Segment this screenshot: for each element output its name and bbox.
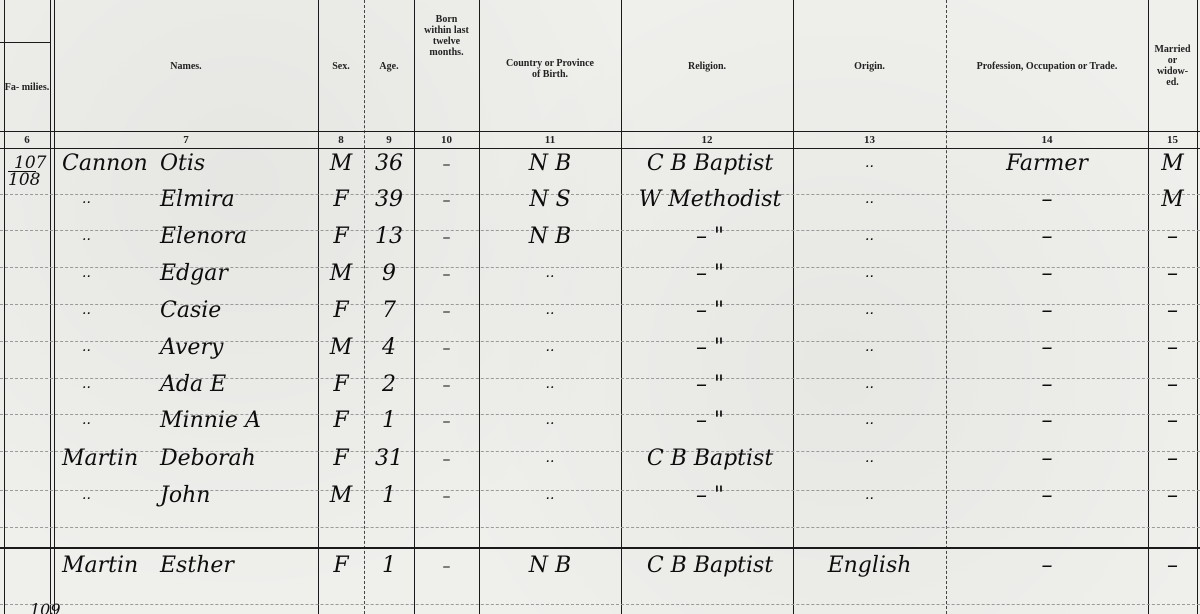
family-number: 107 108: [4, 155, 50, 188]
cell-surname: Cannon: [62, 145, 162, 181]
cell-born-12mo: –: [414, 292, 479, 328]
header-occupation: Profession, Occupation or Trade.: [946, 0, 1148, 132]
cell-given: Esther: [160, 547, 315, 583]
cell-birth: ..: [479, 440, 621, 476]
cell-occupation: –: [946, 181, 1148, 217]
cell-occupation: –: [946, 218, 1148, 254]
cell-birth: N B: [479, 547, 621, 583]
cell-given: Edgar: [160, 255, 315, 291]
cell-birth: ..: [479, 477, 621, 513]
cell-birth: ..: [479, 366, 621, 402]
cell-surname: Martin: [62, 440, 162, 476]
cell-age: 1: [364, 547, 414, 583]
cell-birth: N B: [479, 218, 621, 254]
cell-origin: ..: [793, 477, 946, 513]
cell-given: Otis: [160, 145, 315, 181]
cell-age: 1: [364, 477, 414, 513]
cell-sex: F: [318, 292, 364, 328]
cell-married: –: [1148, 292, 1197, 328]
cell-origin: ..: [793, 145, 946, 181]
cell-occupation: –: [946, 477, 1148, 513]
cell-sex: F: [318, 402, 364, 438]
cell-given: Elenora: [160, 218, 315, 254]
cell-sex: F: [318, 218, 364, 254]
cell-occupation: –: [946, 366, 1148, 402]
cell-age: 13: [364, 218, 414, 254]
cell-age: 4: [364, 329, 414, 365]
header-families: Fa- milies.: [4, 42, 50, 132]
cell-occupation: –: [946, 547, 1148, 583]
cell-age: 39: [364, 181, 414, 217]
cell-married: –: [1148, 255, 1197, 291]
rule: [1197, 0, 1198, 614]
family-number-next: 109: [30, 600, 61, 614]
cell-religion: – ": [630, 366, 790, 402]
header-country-of-birth: Country or Province of Birth.: [479, 0, 621, 132]
cell-religion: – ": [630, 218, 790, 254]
cell-age: 36: [364, 145, 414, 181]
cell-sex: M: [318, 329, 364, 365]
cell-married: –: [1148, 366, 1197, 402]
cell-born-12mo: –: [414, 440, 479, 476]
cell-occupation: –: [946, 329, 1148, 365]
cell-religion: C B Baptist: [630, 145, 790, 181]
cell-occupation: –: [946, 402, 1148, 438]
cell-origin: ..: [793, 218, 946, 254]
header-names: Names.: [54, 0, 318, 132]
cell-age: 9: [364, 255, 414, 291]
cell-married: –: [1148, 329, 1197, 365]
header-sex: Sex.: [318, 0, 364, 132]
cell-occupation: Farmer: [946, 145, 1148, 181]
cell-sex: F: [318, 181, 364, 217]
cell-married: M: [1148, 145, 1197, 181]
header-married: Married or widow- ed.: [1148, 0, 1197, 132]
cell-religion: C B Baptist: [630, 440, 790, 476]
cell-sex: M: [318, 477, 364, 513]
cell-born-12mo: –: [414, 477, 479, 513]
cell-married: –: [1148, 218, 1197, 254]
cell-birth: N S: [479, 181, 621, 217]
cell-given: Casie: [160, 292, 315, 328]
cell-given: Minnie A: [160, 402, 315, 438]
cell-religion: – ": [630, 329, 790, 365]
cell-born-12mo: –: [414, 366, 479, 402]
cell-born-12mo: –: [414, 329, 479, 365]
cell-sex: M: [318, 255, 364, 291]
cell-born-12mo: –: [414, 547, 479, 583]
cell-age: 2: [364, 366, 414, 402]
row-rule: [0, 527, 1200, 528]
cell-born-12mo: –: [414, 402, 479, 438]
cell-given: Avery: [160, 329, 315, 365]
cell-born-12mo: –: [414, 255, 479, 291]
cell-married: –: [1148, 477, 1197, 513]
cell-sex: F: [318, 547, 364, 583]
cell-religion: W Methodist: [630, 181, 790, 217]
cell-sex: F: [318, 440, 364, 476]
cell-given: John: [160, 477, 315, 513]
rule: [50, 0, 51, 614]
cell-birth: N B: [479, 145, 621, 181]
cell-given: Elmira: [160, 181, 315, 217]
cell-married: –: [1148, 402, 1197, 438]
cell-birth: ..: [479, 255, 621, 291]
census-sheet: Fa- milies. Names. Sex. Age. Born within…: [0, 0, 1200, 614]
cell-religion: – ": [630, 402, 790, 438]
cell-surname: Martin: [62, 547, 162, 583]
cell-birth: ..: [479, 292, 621, 328]
cell-religion: – ": [630, 292, 790, 328]
cell-religion: – ": [630, 255, 790, 291]
cell-religion: – ": [630, 477, 790, 513]
cell-age: 31: [364, 440, 414, 476]
cell-sex: M: [318, 145, 364, 181]
cell-origin: ..: [793, 440, 946, 476]
cell-born-12mo: –: [414, 218, 479, 254]
cell-origin: ..: [793, 255, 946, 291]
cell-age: 1: [364, 402, 414, 438]
col-num-6: 6: [4, 132, 50, 148]
cell-occupation: –: [946, 440, 1148, 476]
cell-sex: F: [318, 366, 364, 402]
cell-born-12mo: –: [414, 145, 479, 181]
cell-given: Deborah: [160, 440, 315, 476]
row-rule: [0, 604, 1200, 605]
cell-religion: C B Baptist: [630, 547, 790, 583]
cell-origin: ..: [793, 366, 946, 402]
cell-married: –: [1148, 440, 1197, 476]
cell-occupation: –: [946, 255, 1148, 291]
cell-married: –: [1148, 547, 1197, 583]
cell-origin: English: [793, 547, 946, 583]
header-origin: Origin.: [793, 0, 946, 132]
cell-origin: ..: [793, 181, 946, 217]
header-born-within-year: Born within last twelve months.: [414, 0, 479, 132]
cell-married: M: [1148, 181, 1197, 217]
header-age: Age.: [364, 0, 414, 132]
cell-origin: ..: [793, 329, 946, 365]
cell-age: 7: [364, 292, 414, 328]
cell-born-12mo: –: [414, 181, 479, 217]
header-religion: Religion.: [621, 0, 793, 132]
cell-occupation: –: [946, 292, 1148, 328]
cell-birth: ..: [479, 402, 621, 438]
cell-origin: ..: [793, 402, 946, 438]
cell-origin: ..: [793, 292, 946, 328]
cell-given: Ada E: [160, 366, 315, 402]
cell-birth: ..: [479, 329, 621, 365]
